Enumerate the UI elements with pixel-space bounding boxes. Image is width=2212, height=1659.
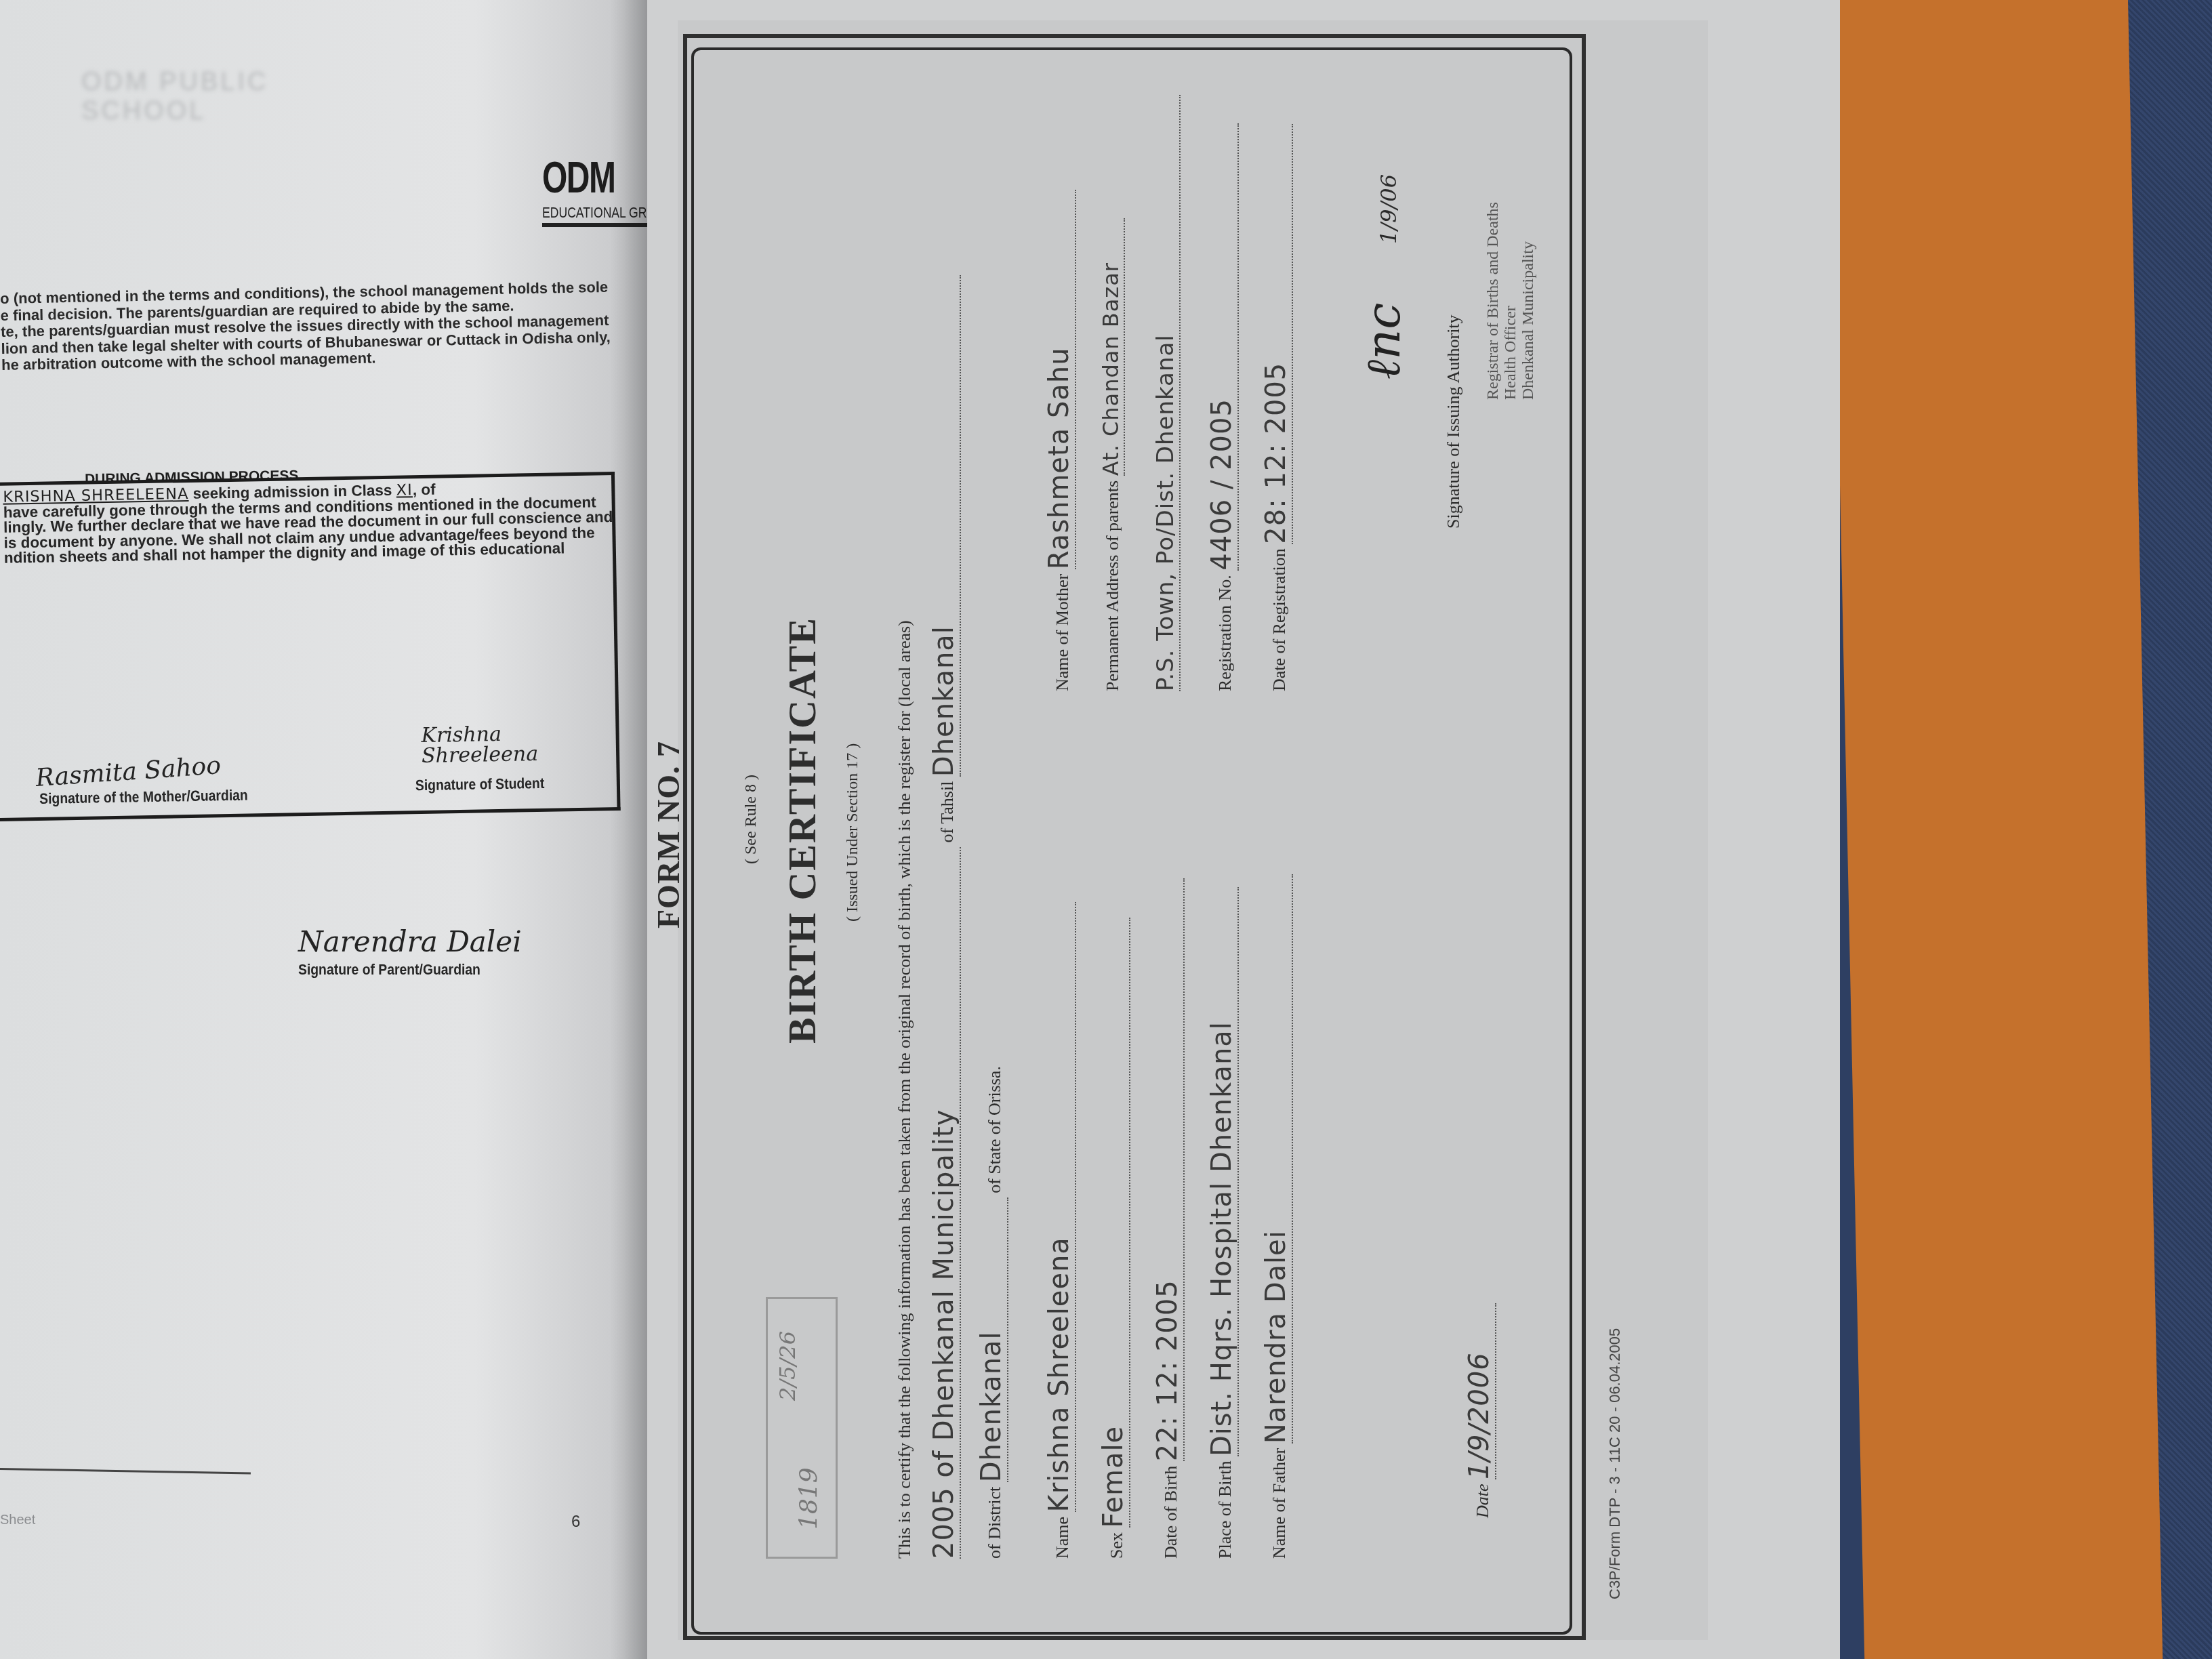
parent-signature: Narendra Dalei (298, 925, 522, 958)
birth-certificate: FORM NO. 7 ( See Rule 8 ) BIRTH CERTIFIC… (678, 20, 1708, 1640)
rule-reference: ( See Rule 8 ) (742, 775, 760, 864)
name-label: Name (1052, 1517, 1072, 1559)
tahsil-value: Dhenkanal (928, 275, 961, 777)
certify-text: This is to certify that the following in… (895, 620, 915, 1559)
name-value: Krishna Shreeleena (1044, 902, 1076, 1512)
reg-no-row: Registration No. 4406 / 2005 (1206, 123, 1239, 691)
reg-date-label: Date of Registration (1269, 548, 1289, 691)
mother-value: Rashmeta Sahu (1044, 190, 1076, 569)
footer-rule (0, 1468, 251, 1474)
seal-line: Health Officer (1502, 61, 1519, 400)
address-value-2: P.S. Town, Po/Dist. Dhenkanal (1152, 95, 1181, 691)
district-line: of District Dhenkanal of State of Orissa… (976, 1066, 1008, 1559)
registrar-seal: Registrar of Births and Deaths Health Of… (1484, 61, 1537, 400)
footer-text: Sheet (0, 1513, 35, 1528)
authority-label: Signature of Issuing Authority (1443, 41, 1464, 529)
address-row-2: P.S. Town, Po/Dist. Dhenkanal (1152, 95, 1181, 691)
pob-value: Dist. Hqrs. Hospital Dhenkanal (1206, 887, 1239, 1456)
sex-row: Sex Female (1098, 918, 1130, 1559)
reg-no-value: 4406 / 2005 (1206, 123, 1239, 571)
address-row: Permanent Address of parents At. Chandan… (1098, 218, 1125, 691)
tahsil-label: of Tahsil (937, 781, 957, 843)
stamp-date: 2/5/26 (775, 1331, 800, 1401)
authority-signature: ℓnc (1355, 303, 1412, 380)
father-label: Name of Father (1269, 1448, 1289, 1559)
reg-date-value: 28: 12: 2005 (1261, 124, 1293, 544)
sex-label: Sex (1107, 1532, 1126, 1559)
mother-signature-label: Signature of the Mother/Guardian (39, 787, 248, 808)
bleed-through-text: ODM PUBLIC SCHOOL (81, 68, 325, 149)
mother-row: Name of Mother Rashmeta Sahu (1044, 190, 1076, 691)
district-value: Dhenkanal (976, 1197, 1008, 1482)
mother-signature: Rasmita Sahoo (35, 752, 222, 792)
issued-under: ( Issued Under Section 17 ) (844, 743, 862, 922)
address-label: Permanent Address of parents (1103, 480, 1122, 691)
issue-date-label: Date (1473, 1483, 1492, 1518)
state-text: of State of Orissa. (985, 1066, 1004, 1193)
seal-line: Registrar of Births and Deaths (1484, 61, 1502, 400)
admission-declaration-box: KRISHNA SHREELEENA seeking admission in … (0, 472, 621, 821)
declaration-text: KRISHNA SHREELEENA seeking admission in … (3, 479, 600, 566)
issue-date-value: 1/9/2006 (1464, 1303, 1496, 1479)
father-row: Name of Father Narendra Dalei (1261, 874, 1293, 1559)
dob-row: Date of Birth 22: 12: 2005 (1152, 878, 1185, 1559)
mother-label: Name of Mother (1052, 574, 1072, 691)
admission-booklet-page: ODM PUBLIC SCHOOL ODM EDUCATIONAL GROUP … (0, 0, 678, 1659)
district-label: of District (985, 1487, 1004, 1559)
terms-paragraph: o (not mentioned in the terms and condit… (0, 279, 632, 374)
reg-no-label: Registration No. (1215, 575, 1235, 691)
page-number: 6 (571, 1513, 580, 1532)
issue-date-row: Date 1/9/2006 (1464, 1303, 1496, 1518)
register-line: 2005 of Dhenkanal Municipality of Tahsil… (928, 275, 961, 1559)
father-value: Narendra Dalei (1261, 874, 1293, 1443)
receipt-stamp: 1819 2/5/26 (766, 1297, 838, 1559)
seal-line: Dhenkanal Municipality (1519, 61, 1537, 400)
sex-value: Female (1098, 918, 1130, 1528)
student-signature: Krishna Shreeleena (421, 724, 544, 766)
form-number: FORM NO. 7 (651, 741, 687, 928)
orange-folder (1830, 0, 2163, 1659)
dob-value: 22: 12: 2005 (1152, 878, 1185, 1461)
stamp-number: 1819 (795, 1467, 823, 1530)
pob-row: Place of Birth Dist. Hqrs. Hospital Dhen… (1206, 887, 1239, 1559)
pob-label: Place of Birth (1215, 1461, 1235, 1559)
of-text: , of (413, 481, 436, 499)
name-row: Name Krishna Shreeleena (1044, 902, 1076, 1559)
address-value-1: At. Chandan Bazar (1098, 218, 1125, 476)
student-signature-label: Signature of Student (415, 775, 545, 794)
register-value: 2005 of Dhenkanal Municipality (928, 847, 961, 1559)
dob-label: Date of Birth (1161, 1466, 1181, 1559)
reg-date-row: Date of Registration 28: 12: 2005 (1261, 124, 1293, 691)
authority-signature-date: 1/9/06 (1376, 174, 1401, 244)
parent-signature-label: Signature of Parent/Guardian (298, 961, 480, 979)
form-print-code: C3P/Form DTP - 3 - 11C 20 - 06.04.2005 (1606, 1328, 1624, 1599)
certificate-title: BIRTH CERTIFICATE (779, 617, 825, 1044)
